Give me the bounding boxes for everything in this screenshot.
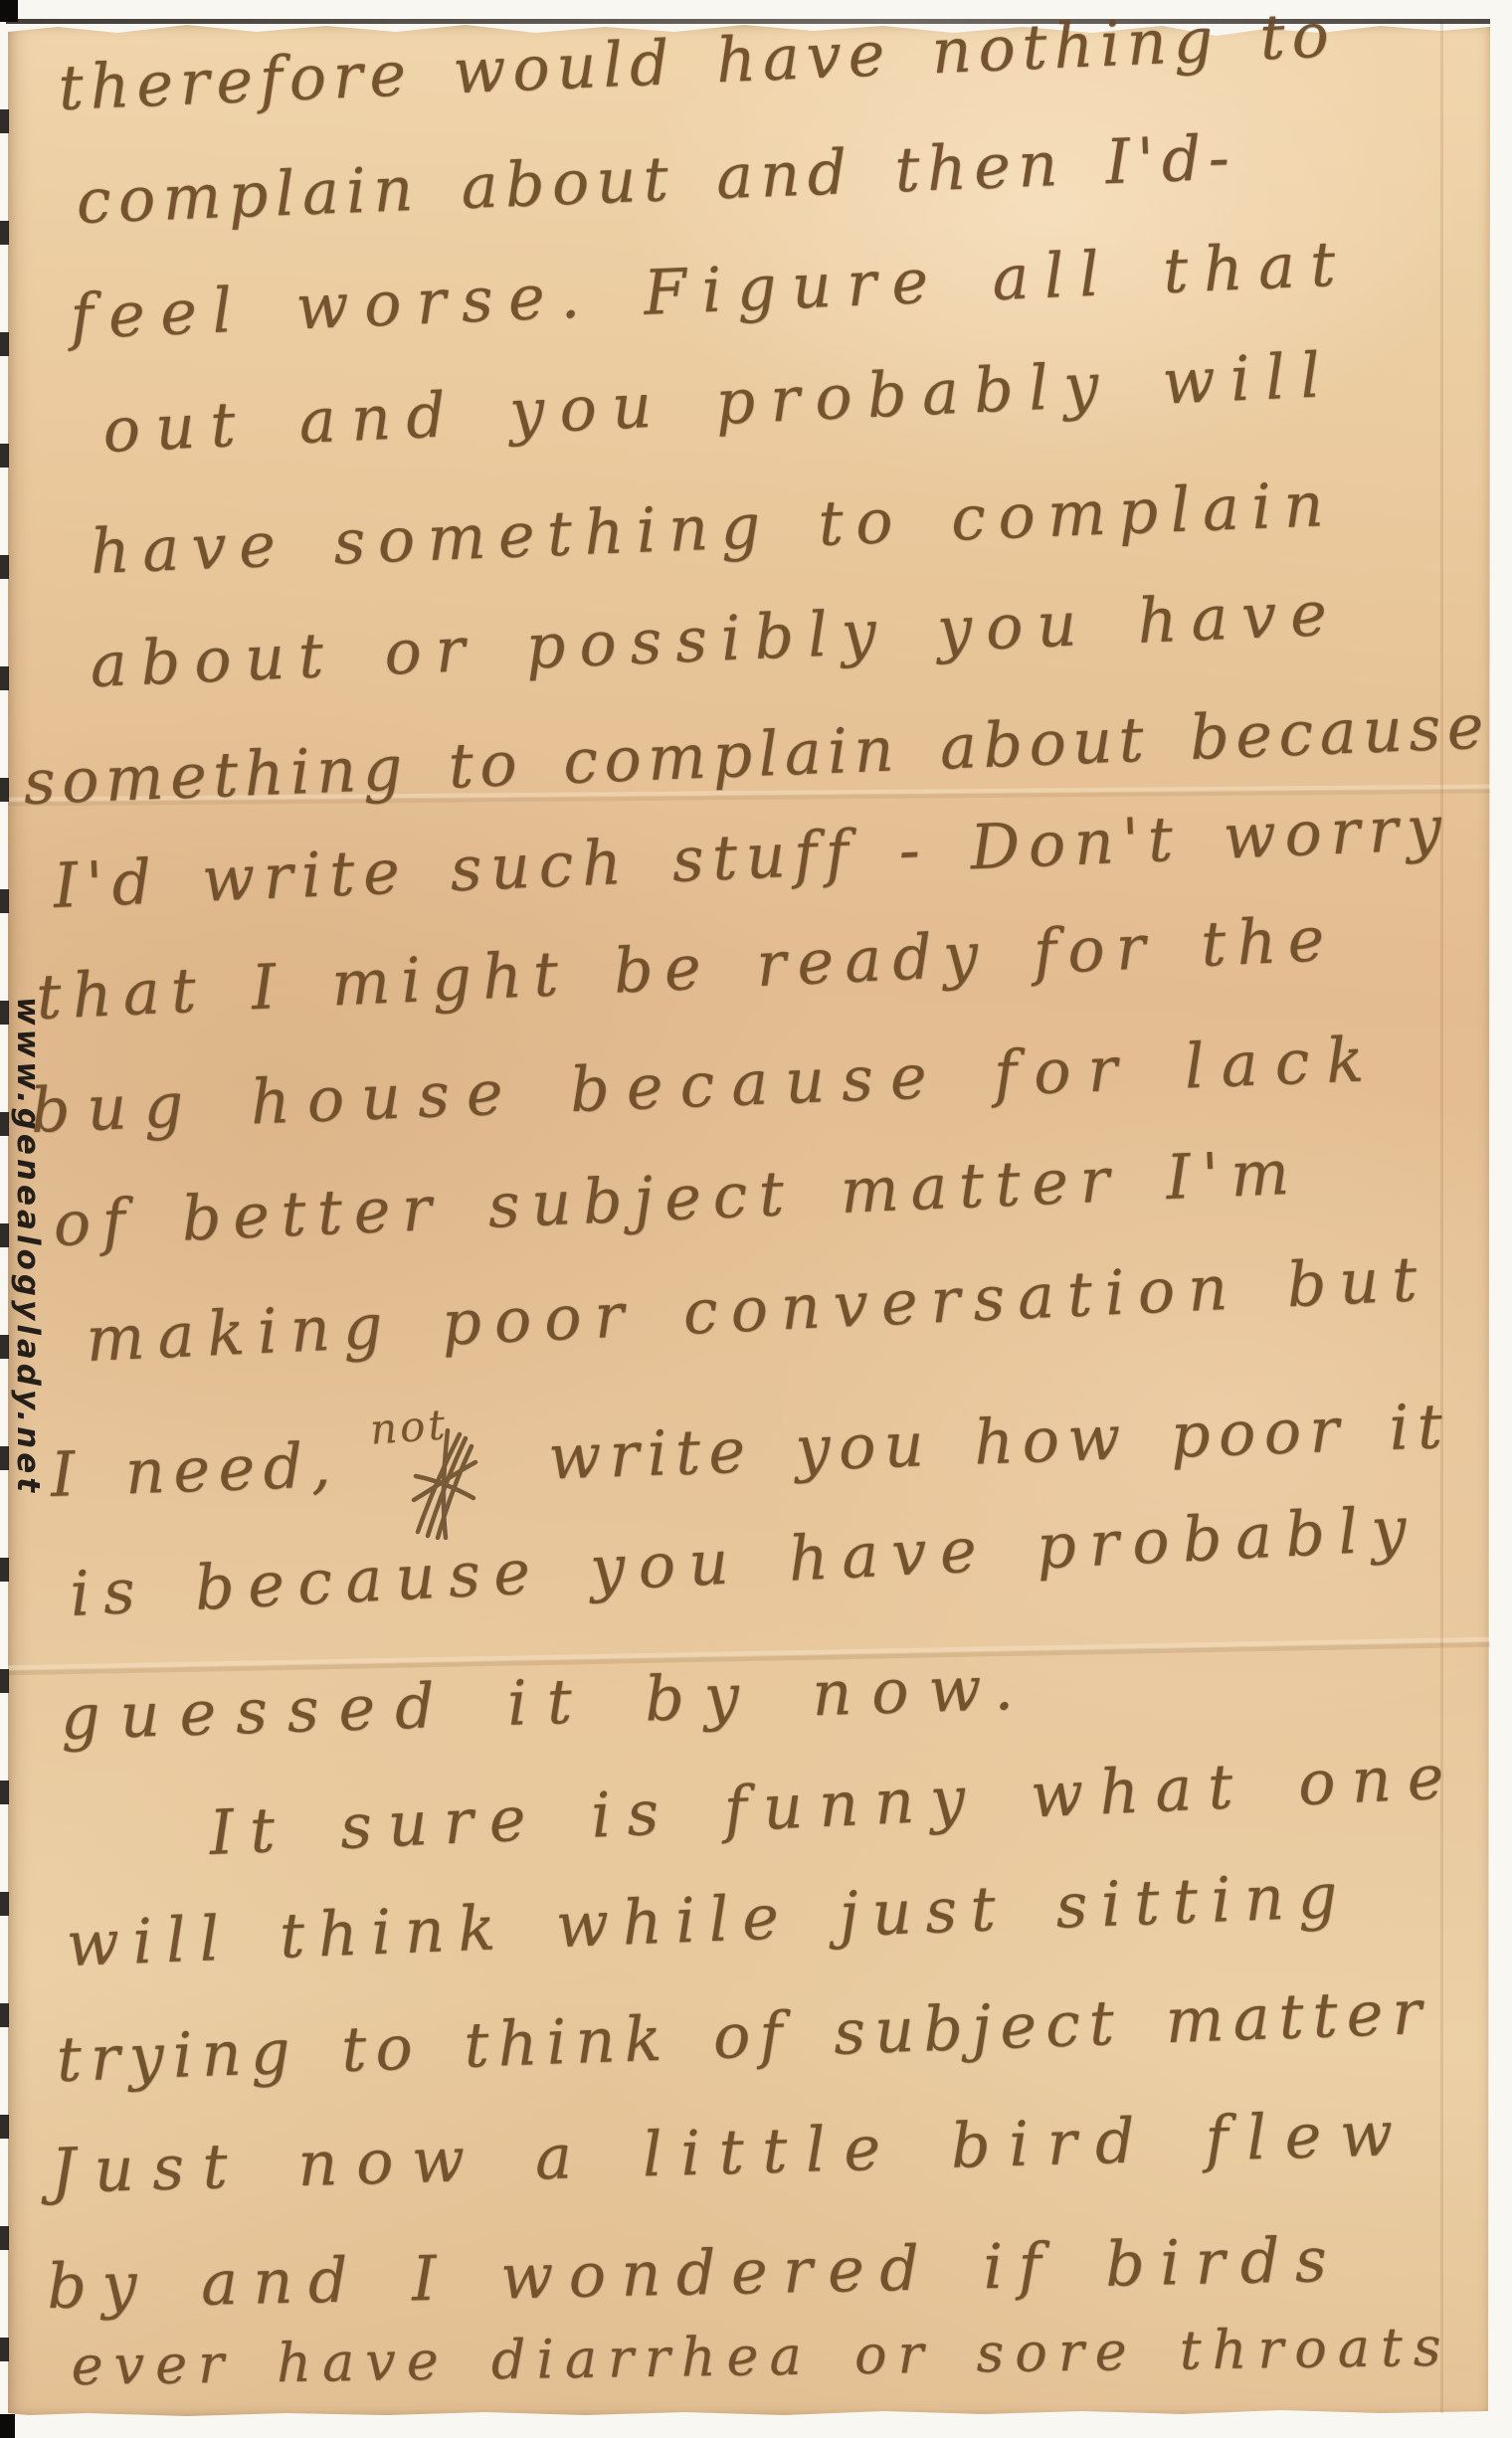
scratched-out-word <box>408 1428 481 1540</box>
handwriting-line: is because you have probably <box>69 1498 1420 1625</box>
handwriting-line: I'd write such stuff - Don't worry <box>52 797 1450 917</box>
letter-scan: www.genealogylady.net therefore would ha… <box>0 0 1512 2438</box>
handwriting-line: I need, write you how poor it <box>50 1396 1451 1506</box>
handwriting-line: that I might be ready for the <box>35 908 1336 1029</box>
handwriting-line: making poor conversation but <box>85 1248 1430 1371</box>
handwriting-line: feel worse. Figure all that <box>69 233 1351 348</box>
handwriting-line: It sure is funny what one <box>208 1746 1461 1864</box>
handwriting-line: of better subject matter I'm <box>52 1142 1301 1255</box>
handwriting-line: Just now a little bird flew <box>50 2103 1412 2202</box>
handwriting-line: trying to think of subject matter <box>56 1981 1431 2091</box>
handwriting-text-layer: www.genealogylady.net therefore would ha… <box>0 0 1512 2438</box>
handwriting-line: have something to complain <box>90 473 1337 583</box>
handwriting-line: something to complain about because <box>23 695 1491 814</box>
handwriting-line: will think while just sitting <box>66 1864 1352 1975</box>
handwriting-line: guessed it by now. <box>60 1656 1034 1749</box>
handwriting-line: ever have diarrhea or sore throats <box>71 2321 1452 2393</box>
watermark-text: www.genealogylady.net <box>12 997 43 1464</box>
handwriting-line: out and you probably will <box>101 344 1337 462</box>
handwriting-line: bug house because for lack <box>30 1029 1382 1142</box>
handwriting-line: about or possibly you have <box>89 582 1341 696</box>
handwriting-line: by and I wondered if birds <box>47 2229 1343 2318</box>
handwriting-line: therefore would have nothing to <box>57 4 1336 119</box>
handwriting-line: complain about and then I'd- <box>76 126 1238 233</box>
